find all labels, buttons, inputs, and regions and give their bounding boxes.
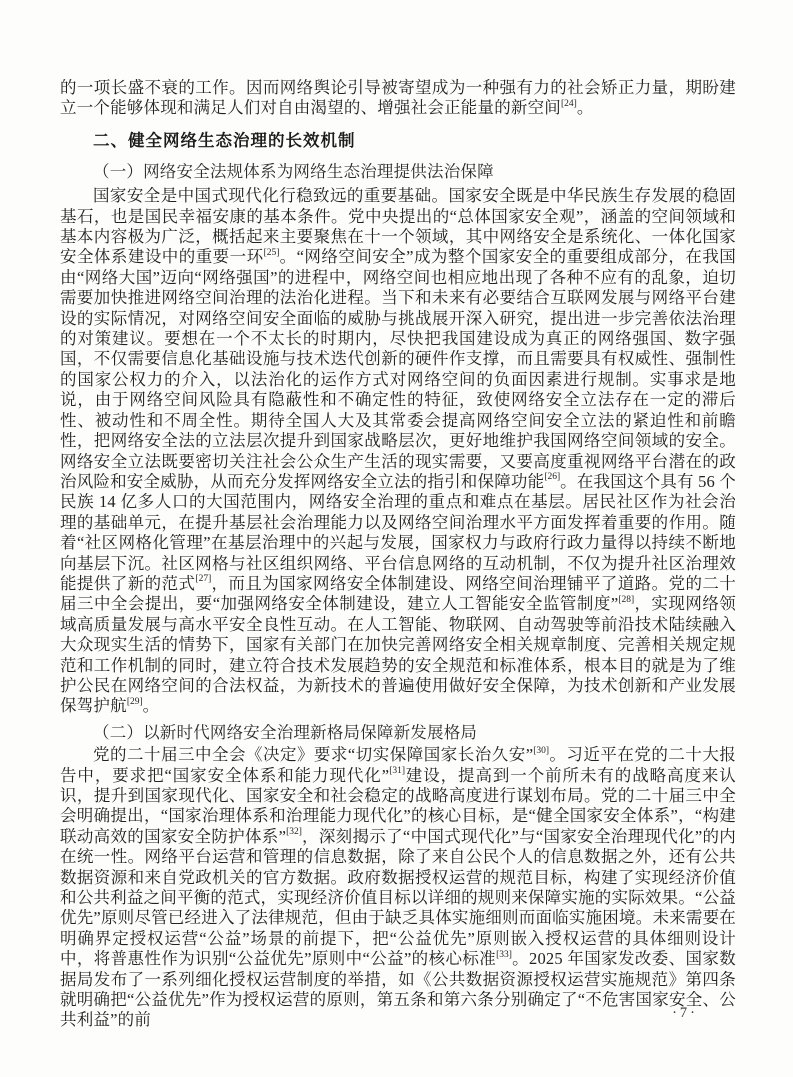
article-text-column: 的一项长盛不衰的工作。因而网络舆论引导被寄望成为一种强有力的社会矫正力量，期盼建…	[60, 78, 736, 1031]
section-heading: 二、健全网络生态治理的长效机制	[60, 131, 736, 151]
continued-paragraph: 的一项长盛不衰的工作。因而网络舆论引导被寄望成为一种强有力的社会矫正力量，期盼建…	[60, 78, 736, 119]
subsection-1-heading: （一）网络安全法规体系为网络生态治理提供法治保障	[60, 162, 736, 182]
subsection-2-paragraph: 党的二十届三中全会《决定》要求“切实保障国家长治久安”[30]。习近平在党的二十…	[60, 745, 736, 1031]
scanned-paper-page: 的一项长盛不衰的工作。因而网络舆论引导被寄望成为一种强有力的社会矫正力量，期盼建…	[0, 0, 793, 1077]
page-number: ·7·	[672, 1005, 698, 1022]
subsection-1-paragraph: 国家安全是中国式现代化行稳致远的重要基础。国家安全既是中华民族生存发展的稳固基石…	[60, 186, 736, 717]
subsection-2-heading: （二）以新时代网络安全治理新格局保障新发展格局	[60, 723, 736, 743]
